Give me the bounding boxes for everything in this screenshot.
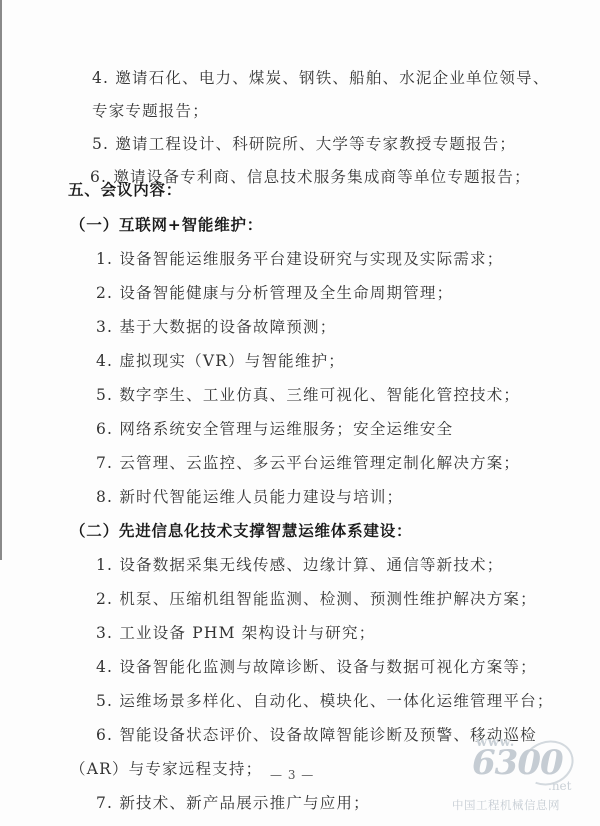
subsection-1-title: （一）互联网+智能维护： — [70, 213, 263, 235]
subsection-2-item: 2. 机泵、压缩机组智能监测、检测、预测性维护解决方案； — [96, 587, 537, 609]
subsection-2-item: 4. 设备智能化监测与故障诊断、设备与数据可视化方案等； — [96, 655, 537, 677]
subsection-2-item: 1. 设备数据采集无线传感、边缘计算、通信等新技术； — [96, 553, 503, 575]
subsection-1-item: 4. 虚拟现实（VR）与智能维护； — [96, 349, 345, 371]
subsection-1-item: 7. 云管理、云监控、多云平台运维管理定制化解决方案； — [96, 451, 520, 473]
site-watermark: www. 6300 .net 中国工程机械信息网 — [452, 735, 592, 815]
watermark-net: .net — [548, 779, 571, 793]
subsection-1-item: 2. 设备智能健康与分析管理及全生命周期管理； — [96, 281, 453, 303]
subsection-1-item: 6. 网络系统安全管理与运维服务；安全运维安全 — [96, 417, 453, 439]
subsection-2-item: 7. 新技术、新产品展示推广与应用； — [96, 791, 370, 813]
subsection-2-item: 3. 工业设备 PHM 架构设计与研究； — [96, 621, 375, 643]
subsection-1-item: 5. 数字孪生、工业仿真、三维可视化、智能化管控技术； — [96, 383, 520, 405]
document-page: 4. 邀请石化、电力、煤炭、钢铁、船舶、水泥企业单位领导、 专家专题报告； 5.… — [0, 0, 600, 826]
subsection-2-item-continued: （AR）与专家远程支持； — [70, 757, 262, 779]
scan-edge — [0, 0, 2, 560]
watermark-number: 6300 — [472, 743, 563, 783]
subsection-2-item: 5. 运维场景多样化、自动化、模块化、一体化运维管理平台； — [96, 689, 554, 711]
subsection-2-title: （二）先进信息化技术支撑智慧运维体系建设： — [70, 519, 412, 541]
section-title: 五、会议内容： — [68, 178, 182, 200]
watermark-site-name: 中国工程机械信息网 — [452, 797, 560, 813]
intro-item-5: 5. 邀请工程设计、科研院所、大学等专家教授专题报告； — [92, 132, 516, 154]
intro-item-4-line2: 专家专题报告； — [92, 99, 209, 121]
page-number: — 3 — — [270, 768, 314, 782]
subsection-1-item: 8. 新时代智能运维人员能力建设与培训； — [96, 485, 403, 507]
subsection-1-item: 3. 基于大数据的设备故障预测； — [96, 315, 336, 337]
subsection-1-item: 1. 设备智能运维服务平台建设研究与实现及实际需求； — [96, 247, 503, 269]
intro-item-4-line1: 4. 邀请石化、电力、煤炭、钢铁、船舶、水泥企业单位领导、 — [92, 66, 550, 88]
